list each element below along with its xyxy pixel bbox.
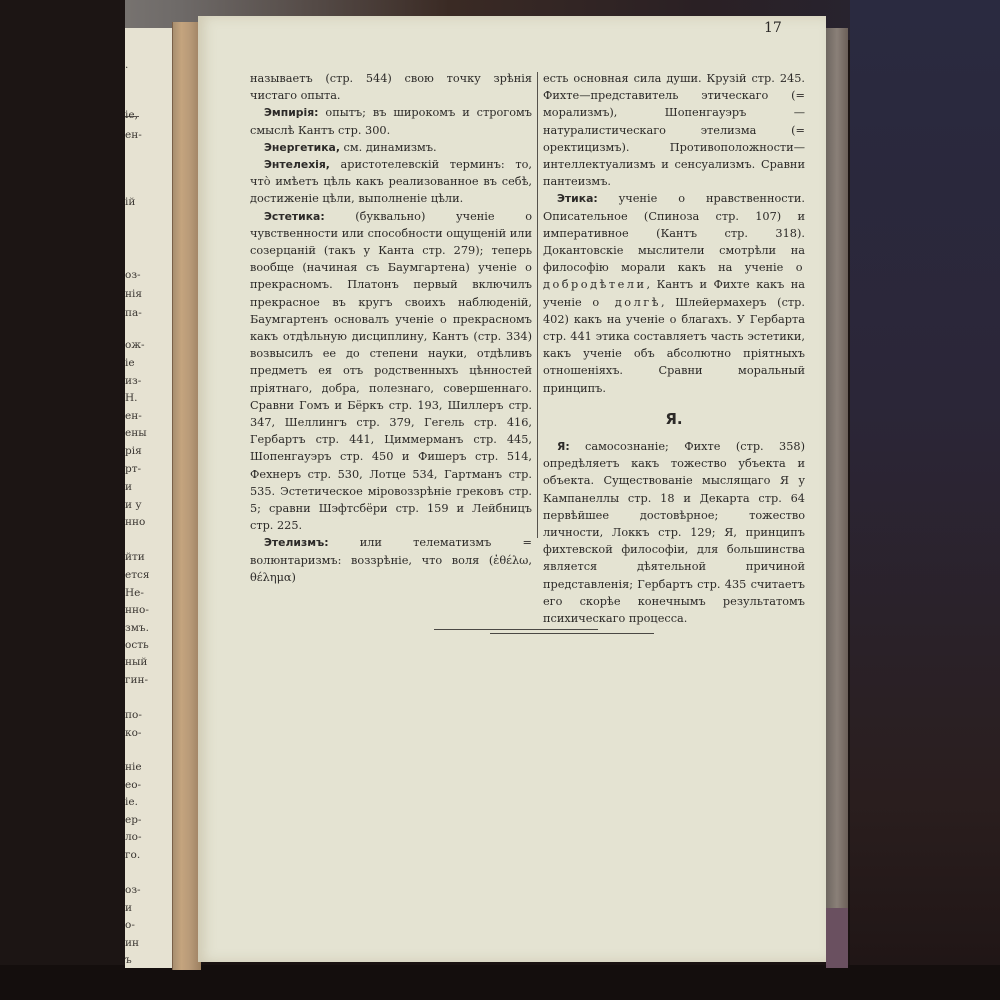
left-page-text-fragment: ож- xyxy=(125,340,145,351)
left-page-text-fragment: ер- xyxy=(125,815,141,826)
left-page-text-fragment: по- xyxy=(125,710,142,721)
entry-empiria: Эмпирія: опытъ; въ широкомъ и строгомъ с… xyxy=(250,104,532,138)
entry-continuation: называетъ (стр. 544) свою точку зрѣнія ч… xyxy=(250,70,532,104)
left-page-text-fragment: оз- xyxy=(125,885,141,896)
left-page-text-fragment: ный xyxy=(125,657,147,668)
left-page-text-fragment: змъ. xyxy=(125,623,149,634)
left-page-text-fragment: нно- xyxy=(125,605,149,616)
left-column: называетъ (стр. 544) свою точку зрѣнія ч… xyxy=(250,70,532,586)
left-page-edge: .іе,ен-ійоз-ніяпа-ож-іеиз-Н.ен-еныріярт-… xyxy=(125,28,175,968)
left-page-text-fragment: ео- xyxy=(125,780,141,791)
left-page-text-fragment: ко- xyxy=(125,728,141,739)
left-page-text-fragment: ены xyxy=(125,428,147,439)
entry-term: Этика: xyxy=(557,192,598,205)
left-page-text-fragment: ен- xyxy=(125,130,142,141)
entry-term: Энергетика, xyxy=(264,141,340,154)
left-page-text-fragment: ій xyxy=(125,197,135,208)
left-page-text-fragment: и xyxy=(125,482,132,493)
entry-continuation: есть основная сила души. Крузій стр. 245… xyxy=(543,70,805,190)
book-cover-edge xyxy=(826,28,848,968)
left-page-text-fragment: йти xyxy=(125,552,145,563)
page-number: 17 xyxy=(764,20,782,36)
entry-text: (буквально) ученіе о чувственности или с… xyxy=(250,210,532,533)
background-bottom xyxy=(0,965,1000,1000)
left-page-text-fragment: ніе xyxy=(125,762,142,773)
background-left xyxy=(0,0,125,1000)
entry-term: Этелизмъ: xyxy=(264,536,329,549)
left-page-text-fragment: ется xyxy=(125,570,150,581)
left-page-text-fragment: Н. xyxy=(125,393,138,404)
section-heading: Я. xyxy=(543,411,805,428)
left-page-text-fragment: ин xyxy=(125,938,139,949)
left-page-text-fragment: рт- xyxy=(125,464,141,475)
left-page-text-fragment: из- xyxy=(125,376,141,387)
entry-term: Энтелехія, xyxy=(264,158,330,171)
left-page-text-fragment: . xyxy=(125,60,128,71)
left-page-text-fragment: іе. xyxy=(125,797,138,808)
left-page-text-fragment: ен- xyxy=(125,411,142,422)
entry-etika: Этика: ученіе о нравственности. Описател… xyxy=(543,190,805,396)
left-page-text-fragment: рія xyxy=(125,446,142,457)
entry-term: Эстетика: xyxy=(264,210,325,223)
end-rule-lower xyxy=(490,633,654,634)
left-page-text-fragment: оз- xyxy=(125,270,141,281)
entry-energetika: Энергетика, см. динамизмъ. xyxy=(250,139,532,156)
entry-ya: Я: самосознаніе; Фихте (стр. 358) опредѣ… xyxy=(543,438,805,627)
left-page-text-fragment: о- xyxy=(125,920,135,931)
left-page-text-fragment: ость xyxy=(125,640,149,651)
book-page: 17 называетъ (стр. 544) свою точку зрѣні… xyxy=(198,16,826,962)
spaced-emphasis: о долгѣ xyxy=(592,296,661,309)
entry-entelekhia: Энтелехія, аристотелевскій терминъ: то, … xyxy=(250,156,532,208)
background-right xyxy=(850,0,1000,1000)
left-page-text-fragment: іе, xyxy=(125,110,138,121)
left-page-text-fragment: Не- xyxy=(125,588,144,599)
left-page-text-fragment: іе xyxy=(125,358,135,369)
left-page-text-fragment: ло- xyxy=(125,832,142,843)
entry-estetika: Эстетика: (буквально) ученіе о чувственн… xyxy=(250,208,532,535)
entry-term: Я: xyxy=(557,440,570,453)
end-rule-upper xyxy=(434,629,598,630)
entry-term: Эмпирія: xyxy=(264,106,318,119)
left-page-text-fragment: ъ xyxy=(125,955,132,966)
left-page-text-fragment: па- xyxy=(125,308,142,319)
book-gutter xyxy=(172,22,201,970)
left-page-text-fragment: го. xyxy=(125,850,140,861)
left-page-text-fragment: гин- xyxy=(125,675,148,686)
left-page-text-fragment: нія xyxy=(125,289,142,300)
entry-text: самосознаніе; Фихте (стр. 358) опредѣляе… xyxy=(543,440,805,625)
left-page-text-fragment: нно xyxy=(125,517,145,528)
left-page-text-fragment: и xyxy=(125,903,132,914)
entry-etelizm: Этелизмъ: или телематизмъ = волюнтаризмъ… xyxy=(250,534,532,586)
entry-text: см. динамизмъ. xyxy=(340,141,437,154)
right-column: есть основная сила души. Крузій стр. 245… xyxy=(543,70,805,627)
column-divider xyxy=(537,72,538,538)
left-page-text-fragment: и у xyxy=(125,500,142,511)
cover-corner xyxy=(826,908,848,968)
